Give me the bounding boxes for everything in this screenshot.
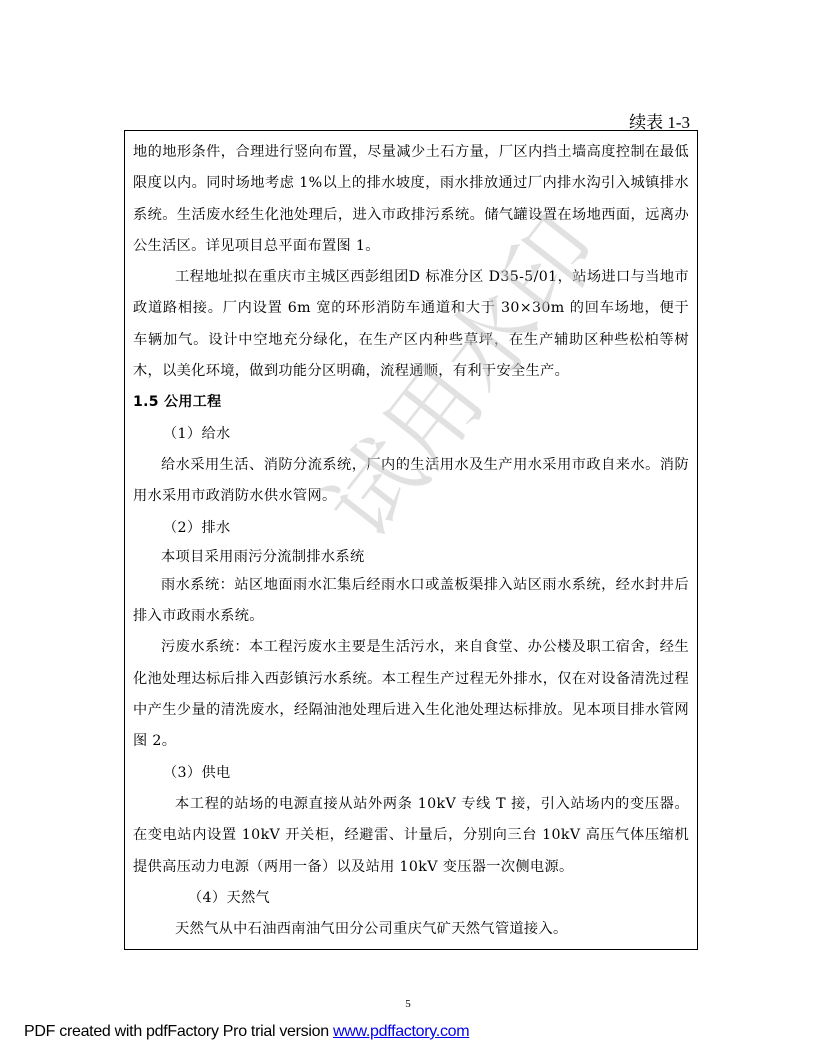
paragraph-power-supply: 本工程的站场的电源直接从站外两条 10kV 专线 T 接，引入站场内的变压器。在… (133, 789, 689, 883)
subsection-title-water-supply: （1）给水 (133, 419, 689, 450)
paragraph-rainwater-system: 雨水系统：站区地面雨水汇集后经雨水口或盖板渠排入站区雨水系统，经水封井后排入市政… (133, 570, 689, 633)
paragraph-water-supply: 给水采用生活、消防分流系统，厂内的生活用水及生产用水采用市政自来水。消防用水采用… (133, 450, 689, 513)
paragraph-drainage-intro: 本项目采用雨污分流制排水系统 (133, 544, 689, 570)
subsection-title-power-supply: （3）供电 (133, 758, 689, 789)
paragraph-site-address: 工程地址拟在重庆市主城区西彭组团D 标准分区 D35-5/01，站场进口与当地市… (133, 262, 689, 387)
paragraph-wastewater-system: 污废水系统：本工程污废水主要是生活污水，来自食堂、办公楼及职工宿舍，经生化池处理… (133, 632, 689, 757)
page-number: 5 (0, 998, 816, 1010)
footer-text: PDF created with pdfFactory Pro trial ve… (24, 1023, 333, 1040)
section-heading-utilities: 1.5 公用工程 (133, 387, 689, 418)
subsection-title-drainage: （2）排水 (133, 513, 689, 544)
pdf-creator-footer: PDF created with pdfFactory Pro trial ve… (24, 1023, 469, 1041)
content-body: 地的地形条件，合理进行竖向布置，尽量减少土石方量，厂区内挡土墙高度控制在最低限度… (133, 137, 689, 945)
paragraph-natural-gas: 天然气从中石油西南油气田分公司重庆气矿天然气管道接入。 (133, 914, 689, 945)
content-table-cell: 地的地形条件，合理进行竖向布置，尽量减少土石方量，厂区内挡土墙高度控制在最低限度… (124, 130, 698, 950)
pdffactory-link[interactable]: www.pdffactory.com (333, 1023, 469, 1040)
subsection-title-natural-gas: （4）天然气 (133, 883, 689, 914)
paragraph-site-layout: 地的地形条件，合理进行竖向布置，尽量减少土石方量，厂区内挡土墙高度控制在最低限度… (133, 137, 689, 262)
